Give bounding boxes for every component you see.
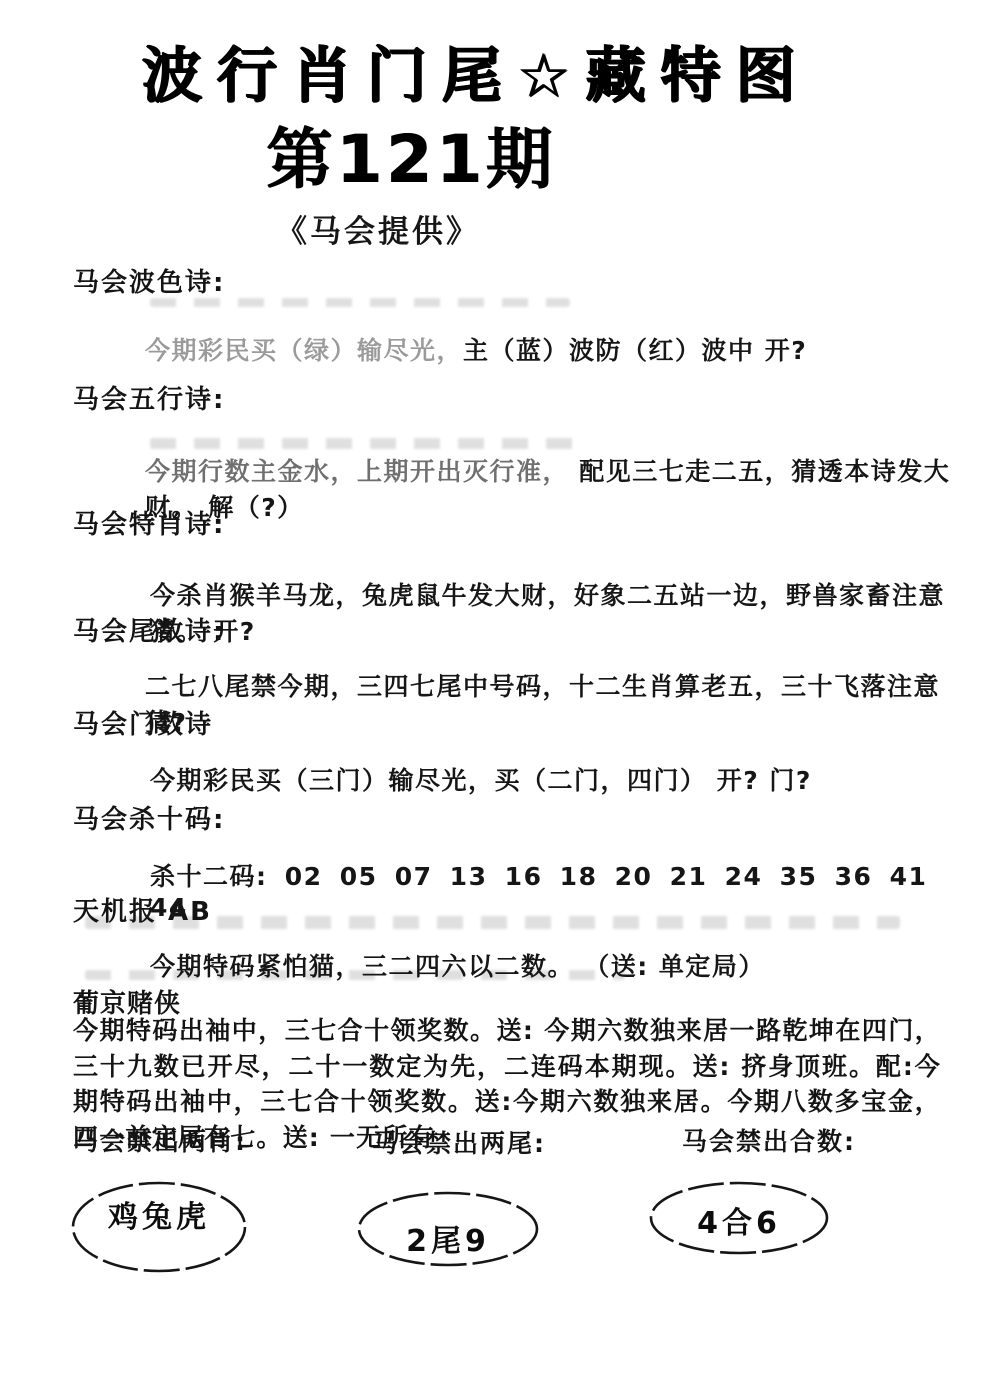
forbidden-sum-label: 马会禁出合数: <box>682 1122 856 1158</box>
section-text-tianjibao: 今期特码紧怕猫，三二四六以二数。 （送: 单定局） <box>150 947 765 983</box>
forbidden-zodiac-label: 马会禁出两肖: <box>73 1122 247 1158</box>
faded-text: 今期行数主金水，上期开出灭行准， <box>145 457 579 486</box>
section-label-menshu: 马会门数诗 <box>73 704 213 741</box>
forbidden-tail-label: 马会禁出两尾: <box>372 1124 546 1160</box>
scan-artifact <box>150 438 580 449</box>
dark-text: 主（蓝）波防（红）波中 开? <box>463 336 807 365</box>
forbidden-zodiac-value: 鸡兔虎 <box>70 1192 248 1236</box>
issue-number: 第121期 <box>266 106 556 201</box>
section-label-texiao: 马会特肖诗: <box>73 504 225 541</box>
scan-artifact <box>150 298 570 307</box>
section-label-bose: 马会波色诗: <box>73 262 225 299</box>
provider-line: 《马会提供》 <box>276 206 480 251</box>
faded-text: 今期彩民买（绿）输尽光， <box>145 336 463 365</box>
lottery-tip-sheet: 波行肖门尾☆藏特图 第121期 《马会提供》 马会波色诗: 今期彩民买（绿）输尽… <box>0 0 981 1388</box>
section-text-weishu: 二七八尾禁今期，三四七尾中号码，十二生肖算老五，三十飞落注意猜? <box>145 667 981 739</box>
section-label-shashima: 马会杀十码: <box>73 799 225 836</box>
forbidden-tail-value: 2尾9 <box>356 1216 540 1260</box>
section-text-wuxing: 今期行数主金水，上期开出灭行准， 配见三七走二五，猜透本诗发大财。 解（?） <box>145 452 981 524</box>
forbidden-sum-oval: 4合6 <box>648 1180 830 1256</box>
forbidden-tail-oval: 2尾9 <box>356 1190 540 1268</box>
section-text-texiao: 今杀肖猴羊马龙，兔虎鼠牛发大财，好象二五站一边，野兽家畜注意猜。 开? <box>150 576 981 648</box>
section-label-weishu: 马会尾数诗: <box>73 611 225 648</box>
section-text-bose: 今期彩民买（绿）输尽光，主（蓝）波防（红）波中 开? <box>145 331 807 367</box>
sheet-title: 波行肖门尾☆藏特图 <box>142 28 811 114</box>
killed-numbers-line: 杀十二码: 02 05 07 13 16 18 20 21 24 35 36 4… <box>150 857 981 922</box>
section-label-tianjibao: 天机报 AB <box>73 891 212 928</box>
section-text-menshu: 今期彩民买（三门）输尽光，买（二门，四门） 开? 门? <box>150 761 812 797</box>
forbidden-sum-value: 4合6 <box>648 1198 830 1242</box>
forbidden-zodiac-oval: 鸡兔虎 <box>70 1180 248 1274</box>
section-label-wuxing: 马会五行诗: <box>73 379 225 416</box>
